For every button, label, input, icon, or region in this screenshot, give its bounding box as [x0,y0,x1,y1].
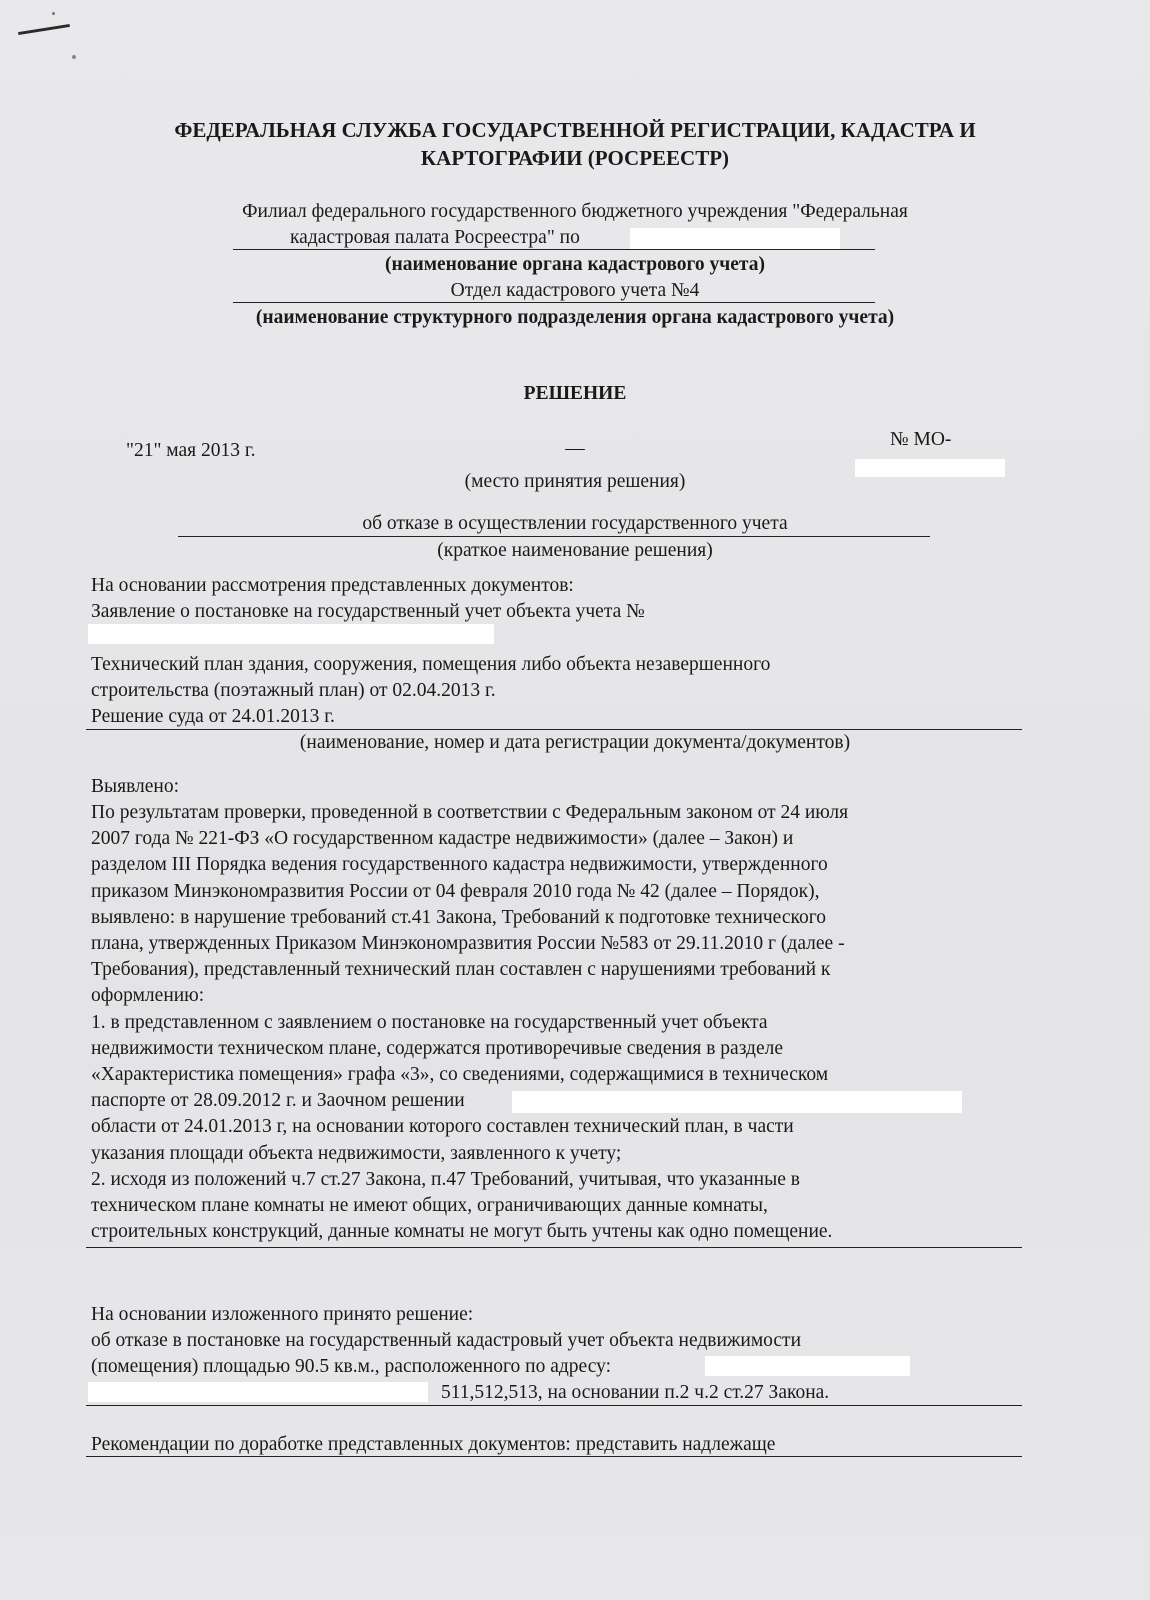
findings-line: оформлению: [91,983,204,1009]
findings-line: Требования), представленный технический … [91,957,830,983]
findings-line: 1. в представленном с заявлением о поста… [91,1010,768,1036]
short-name-caption: (краткое наименование решения) [0,539,1150,563]
documents-intro: На основании рассмотрения представленных… [91,573,574,599]
redacted-region [630,228,840,250]
underline [178,536,930,537]
pen-mark [18,24,70,35]
findings-heading: Выявлено: [91,774,179,800]
underline [233,249,875,250]
findings-line: выявлено: в нарушение требований ст.41 З… [91,905,826,931]
agency-title-line2: КАРТОГРАФИИ (РОСРЕЕСТР) [0,144,1150,172]
findings-line: указания площади объекта недвижимости, з… [91,1141,621,1167]
tech-plan-line2: строительства (поэтажный план) от 02.04.… [91,678,496,704]
underline [86,729,1022,730]
decision-title: РЕШЕНИЕ [0,382,1150,406]
place-caption: (место принятия решения) [0,470,1150,494]
decision-number: № МО- [890,428,951,452]
application-line: Заявление о постановке на государственны… [91,599,645,625]
branch-line2: кадастровая палата Росреестра" по [290,226,580,250]
branch-line1: Филиал федерального государственного бюд… [0,200,1150,224]
decision-place-dash: — [0,437,1150,461]
underline [86,1405,1022,1406]
decision-short-name: об отказе в осуществлении государственно… [0,512,1150,536]
findings-line: По результатам проверки, проведенной в с… [91,800,848,826]
findings-line: недвижимости техническом плане, содержат… [91,1036,783,1062]
resolution-line2: (помещения) площадью 90.5 кв.м., располо… [91,1354,611,1380]
department-name: Отдел кадастрового учета №4 [0,279,1150,303]
underline [86,1456,1022,1457]
findings-line: «Характеристика помещения» графа «3», со… [91,1062,828,1088]
resolution-line3: 511,512,513, на основании п.2 ч.2 ст.27 … [441,1381,829,1405]
recommendations-text: Рекомендации по доработке представленных… [91,1432,775,1458]
findings-line: строительных конструкций, данные комнаты… [91,1219,832,1245]
findings-line: разделом III Порядка ведения государстве… [91,852,828,878]
underline [86,1247,1022,1248]
scan-speck [72,55,76,59]
branch-caption: (наименование органа кадастрового учета) [0,253,1150,277]
agency-title-line1: ФЕДЕРАЛЬНАЯ СЛУЖБА ГОСУДАРСТВЕННОЙ РЕГИС… [0,116,1150,144]
documents-caption: (наименование, номер и дата регистрации … [0,731,1150,755]
findings-line: техническом плане комнаты не имеют общих… [91,1193,768,1219]
findings-line: паспорте от 28.09.2012 г. и Заочном реше… [91,1088,465,1114]
redacted-region [512,1091,962,1113]
findings-line: плана, утвержденных Приказом Минэкономра… [91,931,845,957]
document-page: ФЕДЕРАЛЬНАЯ СЛУЖБА ГОСУДАРСТВЕННОЙ РЕГИС… [0,0,1150,1600]
findings-line: приказом Минэкономразвития России от 04 … [91,879,819,905]
findings-line: 2007 года № 221-ФЗ «О государственном ка… [91,826,793,852]
underline [233,302,875,303]
scan-speck [52,12,55,15]
court-decision-line: Решение суда от 24.01.2013 г. [91,704,335,730]
tech-plan-line1: Технический план здания, сооружения, пом… [91,652,770,678]
department-caption: (наименование структурного подразделения… [0,306,1150,330]
redacted-region [705,1356,910,1376]
redacted-region [88,624,494,644]
findings-line: области от 24.01.2013 г, на основании ко… [91,1114,794,1140]
redacted-region [88,1382,428,1402]
resolution-intro: На основании изложенного принято решение… [91,1302,473,1328]
resolution-line1: об отказе в постановке на государственны… [91,1328,801,1354]
findings-line: 2. исходя из положений ч.7 ст.27 Закона,… [91,1167,800,1193]
